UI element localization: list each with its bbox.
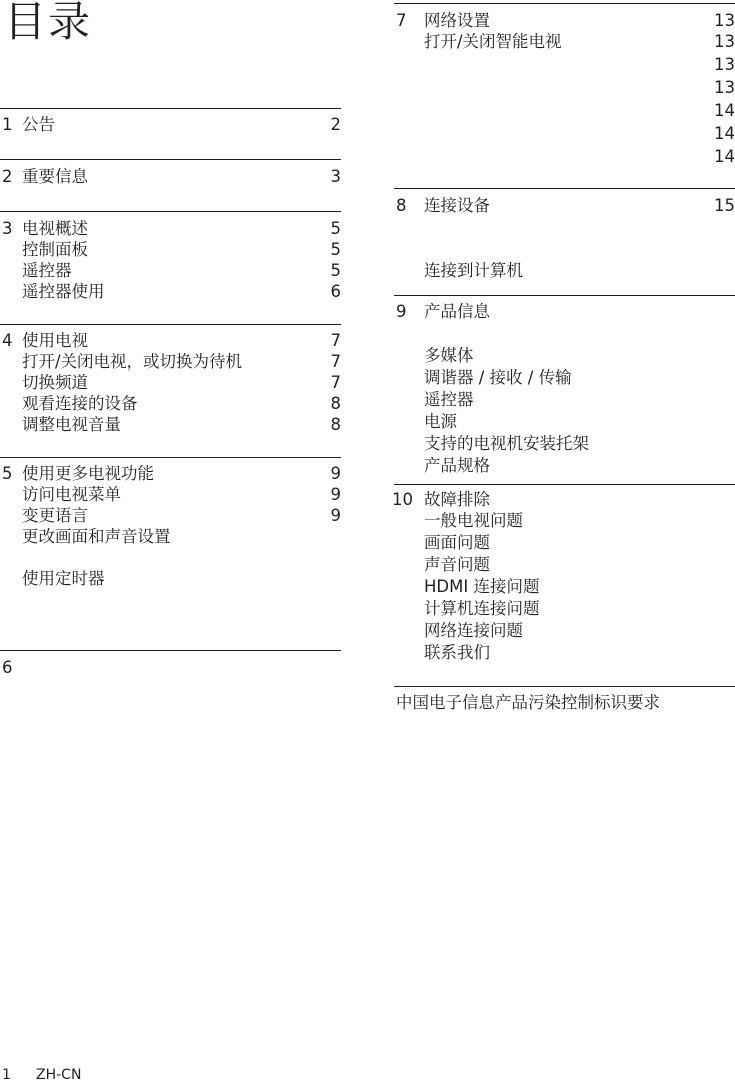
page-number: 14	[714, 100, 735, 121]
toc-annex-entry[interactable]: 中国电子信息产品污染控制标识要求	[396, 692, 660, 713]
page-number: 5	[331, 239, 342, 260]
toc-subentry[interactable]: 调谐器 / 接收 / 传输	[394, 367, 735, 389]
toc-subentry-blank	[394, 238, 735, 260]
toc-section-5[interactable]: 5 使用更多电视功能 9 访问电视菜单 9 变更语言 9 更改画面和声音设置 使…	[0, 463, 341, 589]
toc-section-6[interactable]: 6	[0, 657, 341, 678]
toc-subentry[interactable]: 电源	[394, 411, 735, 433]
page-number: 5	[331, 218, 342, 239]
toc-subentry-blank	[394, 322, 735, 345]
toc-subentry[interactable]: HDMI 连接问题	[394, 576, 735, 598]
page-number: 5	[331, 260, 342, 281]
divider	[0, 108, 341, 109]
toc-subentry[interactable]: 14	[394, 123, 735, 146]
toc-entry[interactable]: 7 网络设置 13	[394, 10, 735, 31]
section-title[interactable]: 重要信息	[22, 166, 88, 187]
toc-subentry[interactable]: 计算机连接问题	[394, 598, 735, 620]
divider	[394, 188, 735, 189]
toc-subentry[interactable]: 画面问题	[394, 532, 735, 554]
divider	[0, 159, 341, 160]
page-number: 3	[331, 166, 342, 187]
section-title[interactable]: 故障排除	[424, 489, 490, 510]
divider	[394, 484, 735, 485]
section-number: 6	[2, 657, 13, 678]
toc-entry[interactable]: 3 电视概述 5	[0, 218, 341, 239]
section-number: 1	[2, 114, 13, 135]
toc-entry[interactable]: 4 使用电视 7	[0, 330, 341, 351]
divider	[0, 211, 341, 212]
page-number: 13	[714, 77, 735, 98]
toc-subentry[interactable]: 声音问题	[394, 554, 735, 576]
page-number: 8	[331, 414, 342, 435]
section-title[interactable]: 使用更多电视功能	[22, 463, 154, 484]
subsection-title[interactable]: 网络连接问题	[424, 620, 523, 641]
subsection-title[interactable]: 打开/关闭智能电视	[424, 31, 562, 52]
toc-subentry[interactable]: 调整电视音量 8	[0, 414, 341, 435]
section-title[interactable]: 公告	[22, 114, 55, 135]
section-number: 7	[396, 10, 407, 31]
subsection-title[interactable]: 支持的电视机安装托架	[424, 433, 589, 454]
toc-subentry[interactable]: 联系我们	[394, 642, 735, 664]
subsection-title[interactable]: 遥控器	[424, 389, 474, 410]
divider	[394, 3, 735, 4]
page-number: 13	[714, 31, 735, 52]
toc-subentry[interactable]: 连接到计算机	[394, 260, 735, 281]
divider	[0, 650, 341, 651]
page-number: 13	[714, 54, 735, 75]
toc-entry[interactable]: 1 公告 2	[0, 114, 341, 135]
subsection-title[interactable]: 联系我们	[424, 642, 490, 663]
footer-language-code: ZH-CN	[36, 1066, 81, 1083]
subsection-title[interactable]: 切换频道	[22, 372, 88, 393]
toc-subentry[interactable]: 14	[394, 100, 735, 123]
subsection-title[interactable]: 产品规格	[424, 455, 490, 476]
section-number: 10	[392, 489, 413, 510]
subsection-title[interactable]: 调整电视音量	[22, 414, 121, 435]
subsection-title[interactable]: 遥控器使用	[22, 281, 105, 302]
toc-subentry[interactable]: 遥控器 5	[0, 260, 341, 281]
toc-section-8[interactable]: 8 连接设备 15 连接到计算机	[394, 195, 735, 281]
subsection-title[interactable]: 多媒体	[424, 345, 474, 366]
toc-subentry[interactable]: 网络连接问题	[394, 620, 735, 642]
section-number: 4	[2, 330, 13, 351]
subsection-title[interactable]: 画面问题	[424, 532, 490, 553]
page-number: 15	[714, 195, 735, 216]
subsection-title[interactable]: 观看连接的设备	[22, 393, 138, 414]
page-title: 目录	[4, 0, 92, 48]
section-title[interactable]: 产品信息	[424, 301, 490, 322]
toc-subentry[interactable]: 遥控器使用 6	[0, 281, 341, 302]
subsection-title[interactable]: 打开/关闭电视，或切换为待机	[22, 351, 242, 372]
toc-subentry[interactable]: 观看连接的设备 8	[0, 393, 341, 414]
toc-subentry-blank	[394, 216, 735, 238]
toc-entry[interactable]: 10 故障排除	[394, 489, 735, 510]
toc-entry[interactable]: 5 使用更多电视功能 9	[0, 463, 341, 484]
toc-section-1[interactable]: 1 公告 2	[0, 114, 341, 135]
toc-subentry[interactable]: 13	[394, 54, 735, 77]
subsection-title[interactable]: 调谐器 / 接收 / 传输	[424, 367, 572, 388]
page-number: 8	[331, 393, 342, 414]
subsection-title[interactable]: 一般电视问题	[424, 510, 523, 531]
section-title[interactable]: 网络设置	[424, 10, 490, 31]
toc-subentry[interactable]: 控制面板 5	[0, 239, 341, 260]
page-number: 9	[331, 505, 342, 526]
toc-subentry[interactable]: 14	[394, 146, 735, 169]
toc-entry[interactable]: 9 产品信息	[394, 301, 735, 322]
toc-section-2[interactable]: 2 重要信息 3	[0, 166, 341, 187]
toc-section-9[interactable]: 9 产品信息 多媒体 调谐器 / 接收 / 传输 遥控器 电源 支持的电视机安装…	[394, 301, 735, 477]
section-title[interactable]: 电视概述	[22, 218, 88, 239]
subsection-title[interactable]: 遥控器	[22, 260, 72, 281]
page-number: 13	[714, 10, 735, 31]
subsection-title[interactable]: 更改画面和声音设置	[22, 526, 171, 547]
toc-subentry[interactable]: 变更语言 9	[0, 505, 341, 526]
section-number: 3	[2, 218, 13, 239]
subsection-title[interactable]: 使用定时器	[22, 568, 105, 589]
toc-entry[interactable]: 8 连接设备 15	[394, 195, 735, 216]
page-number: 2	[331, 114, 342, 135]
page-number: 7	[331, 351, 342, 372]
subsection-title[interactable]: 控制面板	[22, 239, 88, 260]
subsection-title[interactable]: 变更语言	[22, 505, 88, 526]
subsection-title[interactable]: 访问电视菜单	[22, 484, 121, 505]
toc-subentry[interactable]: 遥控器	[394, 389, 735, 411]
divider	[0, 324, 341, 325]
toc-subentry[interactable]: 打开/关闭电视，或切换为待机 7	[0, 351, 341, 372]
subsection-title[interactable]: 电源	[424, 411, 457, 432]
section-number: 8	[396, 195, 407, 216]
section-number: 2	[2, 166, 13, 187]
toc-entry[interactable]: 2 重要信息 3	[0, 166, 341, 187]
toc-section-4[interactable]: 4 使用电视 7 打开/关闭电视，或切换为待机 7 切换频道 7 观看连接的设备…	[0, 330, 341, 435]
page-number: 7	[331, 372, 342, 393]
toc-subentry[interactable]: 产品规格	[394, 455, 735, 477]
subsection-title[interactable]: 计算机连接问题	[424, 598, 540, 619]
toc-subentry[interactable]: 支持的电视机安装托架	[394, 433, 735, 455]
page-number: 6	[331, 281, 342, 302]
toc-section-3[interactable]: 3 电视概述 5 控制面板 5 遥控器 5 遥控器使用 6	[0, 218, 341, 302]
section-number: 9	[396, 301, 407, 322]
toc-subentry[interactable]: 多媒体	[394, 345, 735, 367]
toc-subentry[interactable]: 13	[394, 77, 735, 100]
section-number: 5	[2, 463, 13, 484]
section-title[interactable]: 使用电视	[22, 330, 88, 351]
page-number: 9	[331, 484, 342, 505]
divider	[394, 686, 735, 687]
section-title[interactable]: 连接设备	[424, 195, 490, 216]
subsection-title[interactable]: HDMI 连接问题	[424, 576, 539, 597]
toc-section-7[interactable]: 7 网络设置 13 打开/关闭智能电视 13 13 13 14 14 14	[394, 10, 735, 169]
toc-subentry[interactable]: 一般电视问题	[394, 510, 735, 532]
divider	[394, 295, 735, 296]
toc-subentry[interactable]: 访问电视菜单 9	[0, 484, 341, 505]
page-number: 9	[331, 463, 342, 484]
page-number: 14	[714, 146, 735, 167]
toc-subentry-blank	[0, 547, 341, 568]
toc-section-10[interactable]: 10 故障排除 一般电视问题 画面问题 声音问题 HDMI 连接问题 计算机连接…	[394, 489, 735, 664]
subsection-title[interactable]: 连接到计算机	[424, 260, 523, 281]
footer-page-number: 1	[2, 1066, 11, 1083]
toc-subentry[interactable]: 切换频道 7	[0, 372, 341, 393]
toc-subentry[interactable]: 打开/关闭智能电视 13	[394, 31, 735, 54]
toc-subentry[interactable]: 使用定时器	[0, 568, 341, 589]
toc-subentry[interactable]: 更改画面和声音设置	[0, 526, 341, 547]
divider	[0, 457, 341, 458]
toc-entry[interactable]: 6	[0, 657, 341, 678]
subsection-title[interactable]: 声音问题	[424, 554, 490, 575]
page-number: 7	[331, 330, 342, 351]
page-number: 14	[714, 123, 735, 144]
